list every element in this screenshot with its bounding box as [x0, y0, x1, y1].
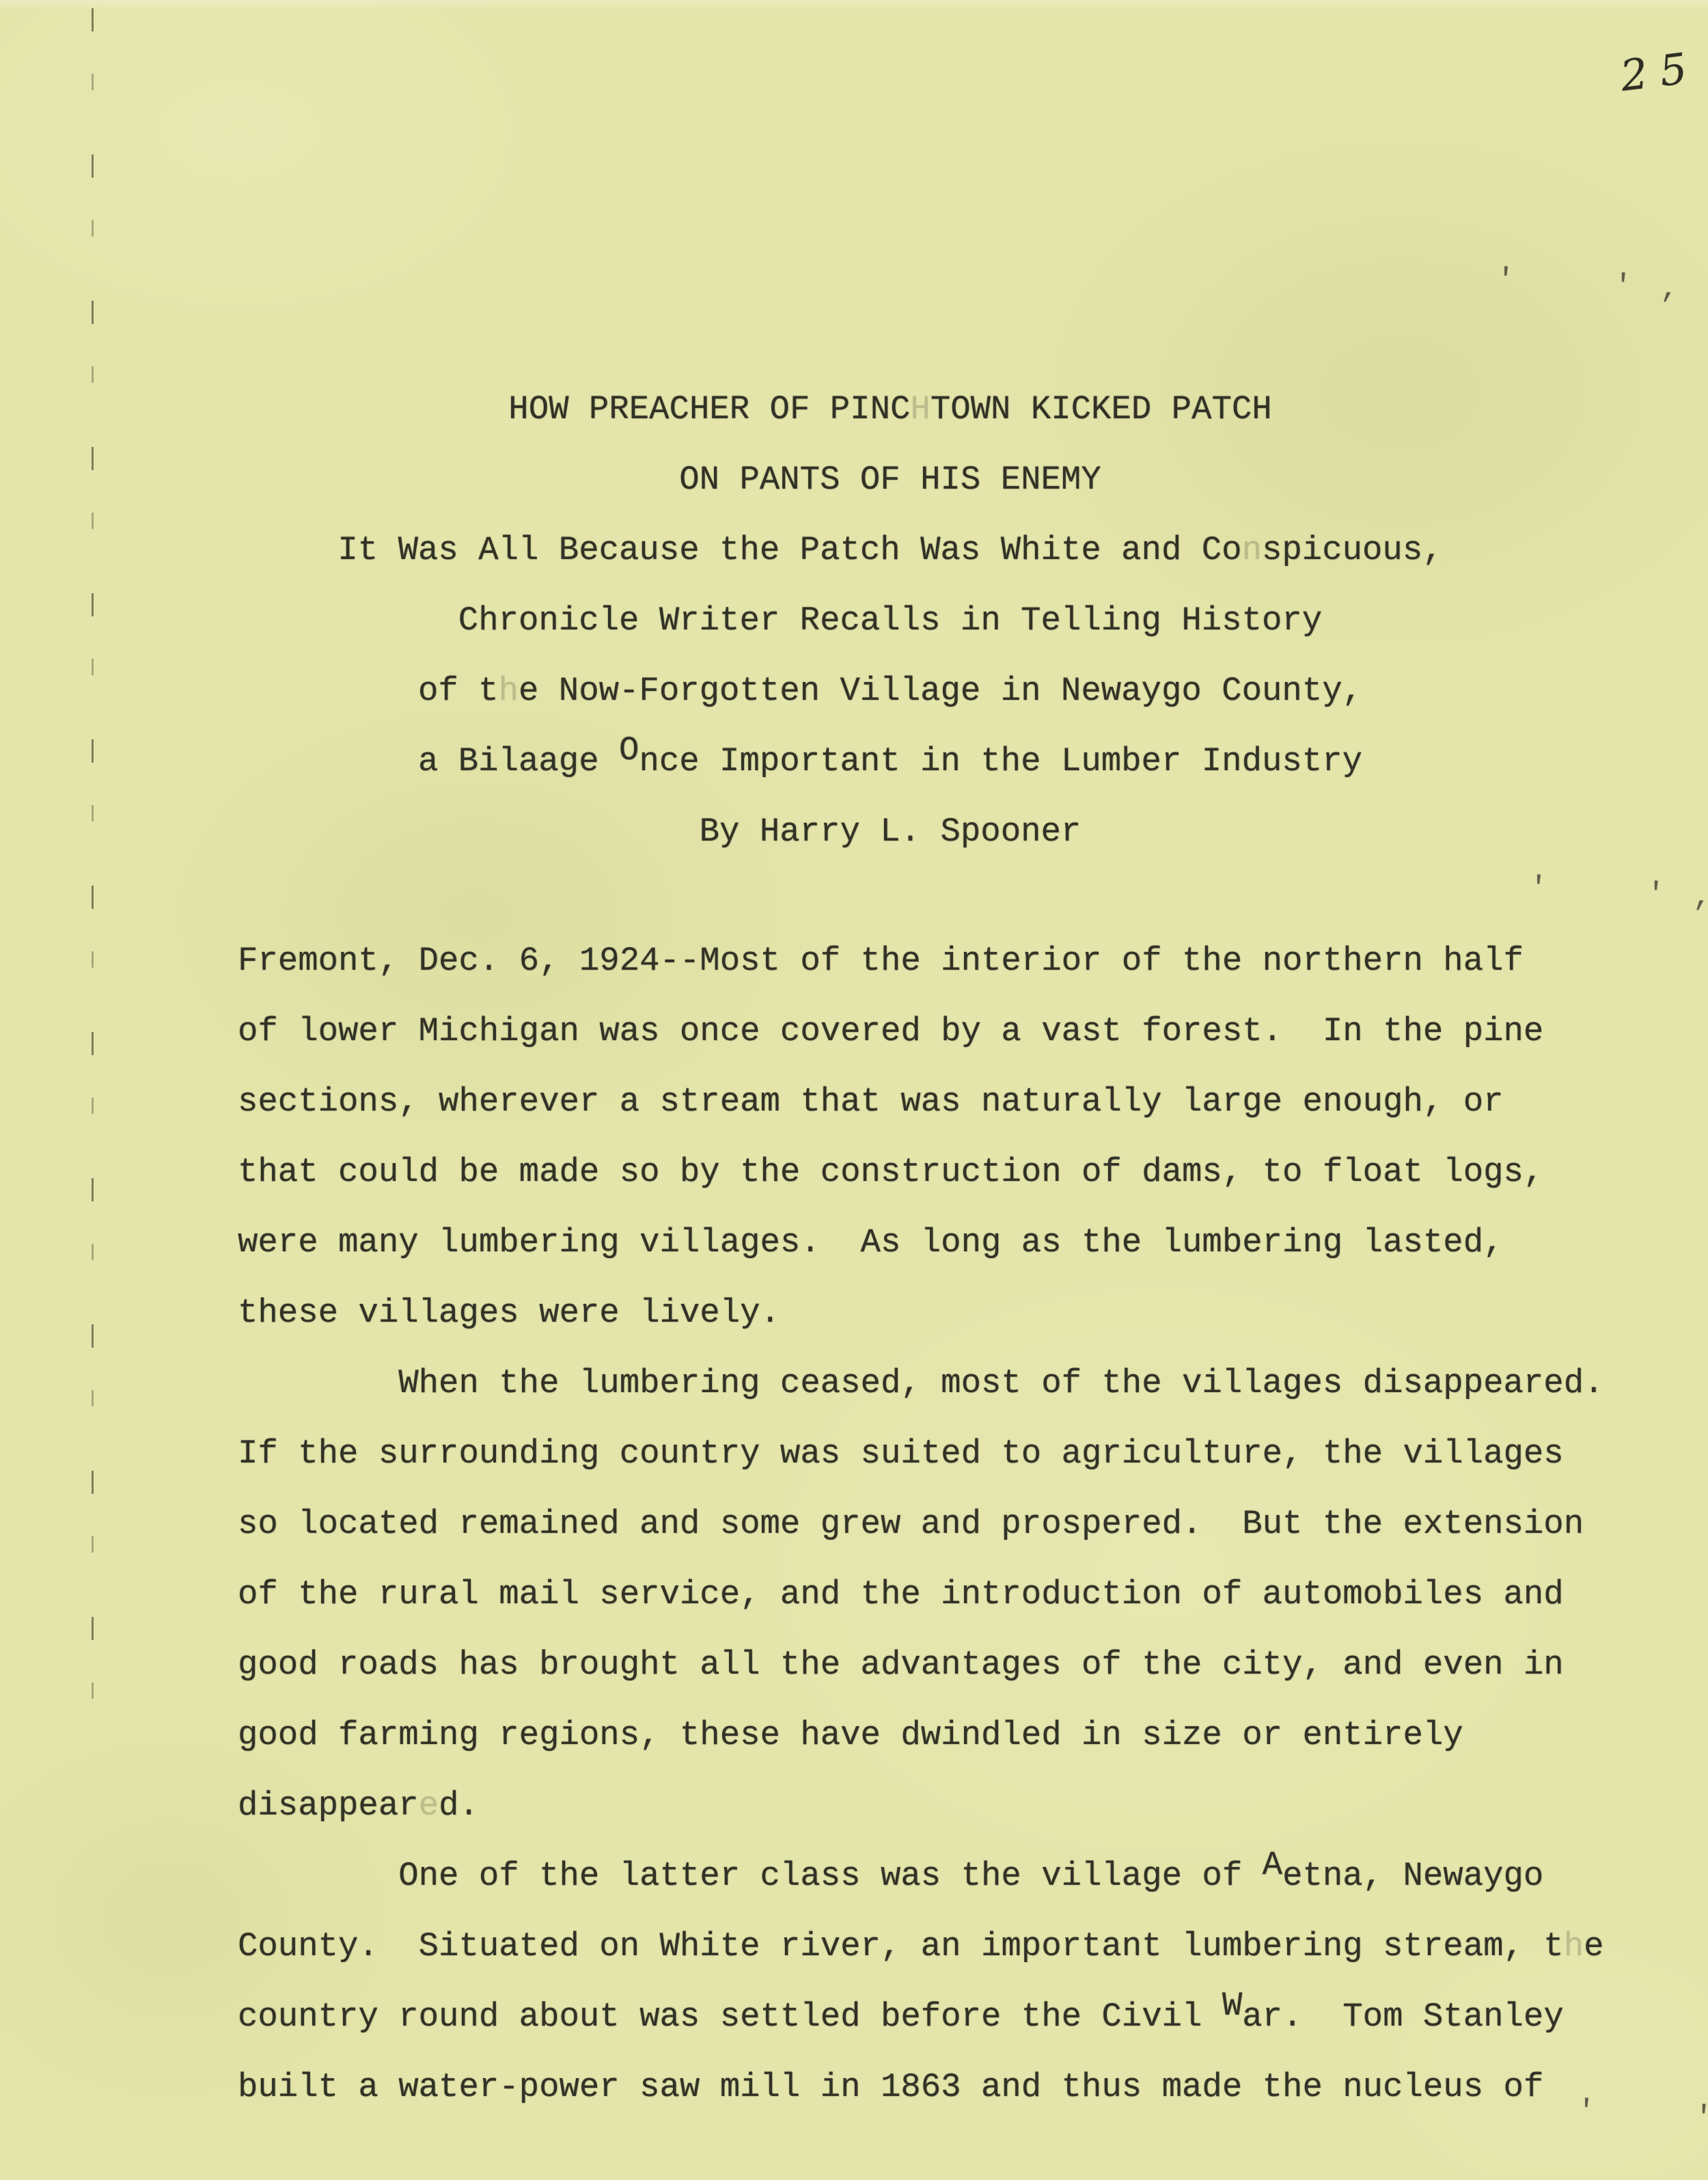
text-segment: built a water-power saw mill in 1863 and…	[238, 2068, 1543, 2106]
body-line: of lower Michigan was once covered by a …	[238, 996, 1543, 1067]
text-segment: good roads has brought all the advantage…	[238, 1646, 1564, 1684]
document-body: Fremont, Dec. 6, 1924--Most of the inter…	[238, 926, 1543, 2123]
text-segment: were many lumbering villages. As long as…	[238, 1223, 1504, 1262]
heading-line: a Bilaage Once Important in the Lumber I…	[238, 726, 1543, 797]
text-segment: nce Important in the Lumber Industry	[639, 742, 1362, 780]
text-segment: so located remained and some grew and pr…	[238, 1505, 1584, 1543]
sup-character: A	[1263, 1846, 1282, 1884]
faint-character: e	[419, 1786, 439, 1825]
heading-line: By Harry L. Spooner	[238, 797, 1543, 867]
text-segment: these villages were lively.	[238, 1294, 780, 1332]
sup-character: O	[619, 731, 639, 769]
text-segment: of lower Michigan was once covered by a …	[238, 1012, 1543, 1050]
heading-line: of the Now-Forgotten Village in Newaygo …	[238, 656, 1543, 726]
text-segment: It Was All Because the Patch Was White a…	[338, 531, 1241, 569]
body-line: Fremont, Dec. 6, 1924--Most of the inter…	[238, 926, 1543, 996]
stray-ink-marks: ' ' ,	[1576, 2095, 1708, 2138]
text-segment: of t	[418, 672, 499, 710]
body-line: country round about was settled before t…	[238, 1982, 1543, 2052]
body-line: good farming regions, these have dwindle…	[238, 1700, 1543, 1771]
heading-body-gap	[238, 867, 1543, 926]
document-heading: HOW PREACHER OF PINCHTOWN KICKED PATCHON…	[238, 374, 1543, 867]
body-line: If the surrounding country was suited to…	[238, 1419, 1543, 1489]
text-segment: County. Situated on White river, an impo…	[238, 1927, 1564, 1965]
text-segment: disappear	[238, 1786, 419, 1825]
text-segment: TOWN KICKED PATCH	[931, 390, 1272, 428]
text-segment: By Harry L. Spooner	[700, 813, 1082, 851]
body-line: disappeared.	[238, 1771, 1543, 1841]
body-line: were many lumbering villages. As long as…	[238, 1208, 1543, 1278]
text-segment: spicuous,	[1262, 531, 1443, 569]
text-segment: If the surrounding country was suited to…	[238, 1434, 1564, 1473]
heading-line: It Was All Because the Patch Was White a…	[238, 515, 1543, 586]
faint-character: n	[1242, 531, 1262, 569]
heading-line: Chronicle Writer Recalls in Telling Hist…	[238, 586, 1543, 656]
body-line: County. Situated on White river, an impo…	[238, 1911, 1543, 1982]
typewritten-text-block: HOW PREACHER OF PINCHTOWN KICKED PATCHON…	[238, 374, 1543, 2123]
text-segment: One of the latter class was the village …	[238, 1857, 1263, 1895]
text-segment: sections, wherever a stream that was nat…	[238, 1082, 1504, 1121]
text-segment: ar. Tom Stanley	[1242, 1998, 1563, 2036]
text-segment: ON PANTS OF HIS ENEMY	[679, 461, 1101, 499]
faint-character: h	[499, 672, 519, 710]
body-line: these villages were lively.	[238, 1278, 1543, 1348]
text-segment: etna, Newaygo	[1282, 1857, 1543, 1895]
body-line: that could be made so by the constructio…	[238, 1137, 1543, 1208]
body-line: When the lumbering ceased, most of the v…	[238, 1348, 1543, 1419]
faint-character: H	[910, 390, 930, 428]
sup-character: W	[1222, 1987, 1242, 2025]
stray-ink-marks: ' ' ,	[1496, 263, 1685, 307]
text-segment: Chronicle Writer Recalls in Telling Hist…	[458, 601, 1322, 640]
faint-character: h	[1564, 1927, 1584, 1965]
body-line: of the rural mail service, and the intro…	[238, 1559, 1543, 1630]
body-line: built a water-power saw mill in 1863 and…	[238, 2052, 1543, 2123]
text-segment: country round about was settled before t…	[238, 1998, 1222, 2036]
document-page: 25 ' ' , ' ' , ' ' , HOW PREACHER OF PIN…	[0, 0, 1708, 2180]
text-segment: e Now-Forgotten Village in Newaygo Count…	[519, 672, 1362, 710]
text-segment: that could be made so by the constructio…	[238, 1153, 1543, 1191]
margin-fold-line	[92, 8, 94, 1751]
text-segment: HOW PREACHER OF PINC	[508, 390, 910, 428]
stray-ink-marks: ' ' ,	[1528, 871, 1708, 915]
text-segment: of the rural mail service, and the intro…	[238, 1575, 1564, 1613]
handwritten-page-number: 25	[1618, 42, 1702, 100]
text-segment: d.	[439, 1786, 479, 1825]
text-segment: Fremont, Dec. 6, 1924--Most of the inter…	[238, 942, 1524, 980]
body-line: sections, wherever a stream that was nat…	[238, 1067, 1543, 1137]
heading-line: ON PANTS OF HIS ENEMY	[238, 445, 1543, 515]
heading-line: HOW PREACHER OF PINCHTOWN KICKED PATCH	[238, 374, 1543, 445]
text-segment: a Bilaage	[418, 742, 619, 780]
text-segment: e	[1584, 1927, 1603, 1965]
body-line: good roads has brought all the advantage…	[238, 1630, 1543, 1700]
body-line: so located remained and some grew and pr…	[238, 1489, 1543, 1559]
text-segment: When the lumbering ceased, most of the v…	[238, 1364, 1604, 1402]
text-segment: good farming regions, these have dwindle…	[238, 1716, 1463, 1754]
body-line: One of the latter class was the village …	[238, 1841, 1543, 1911]
